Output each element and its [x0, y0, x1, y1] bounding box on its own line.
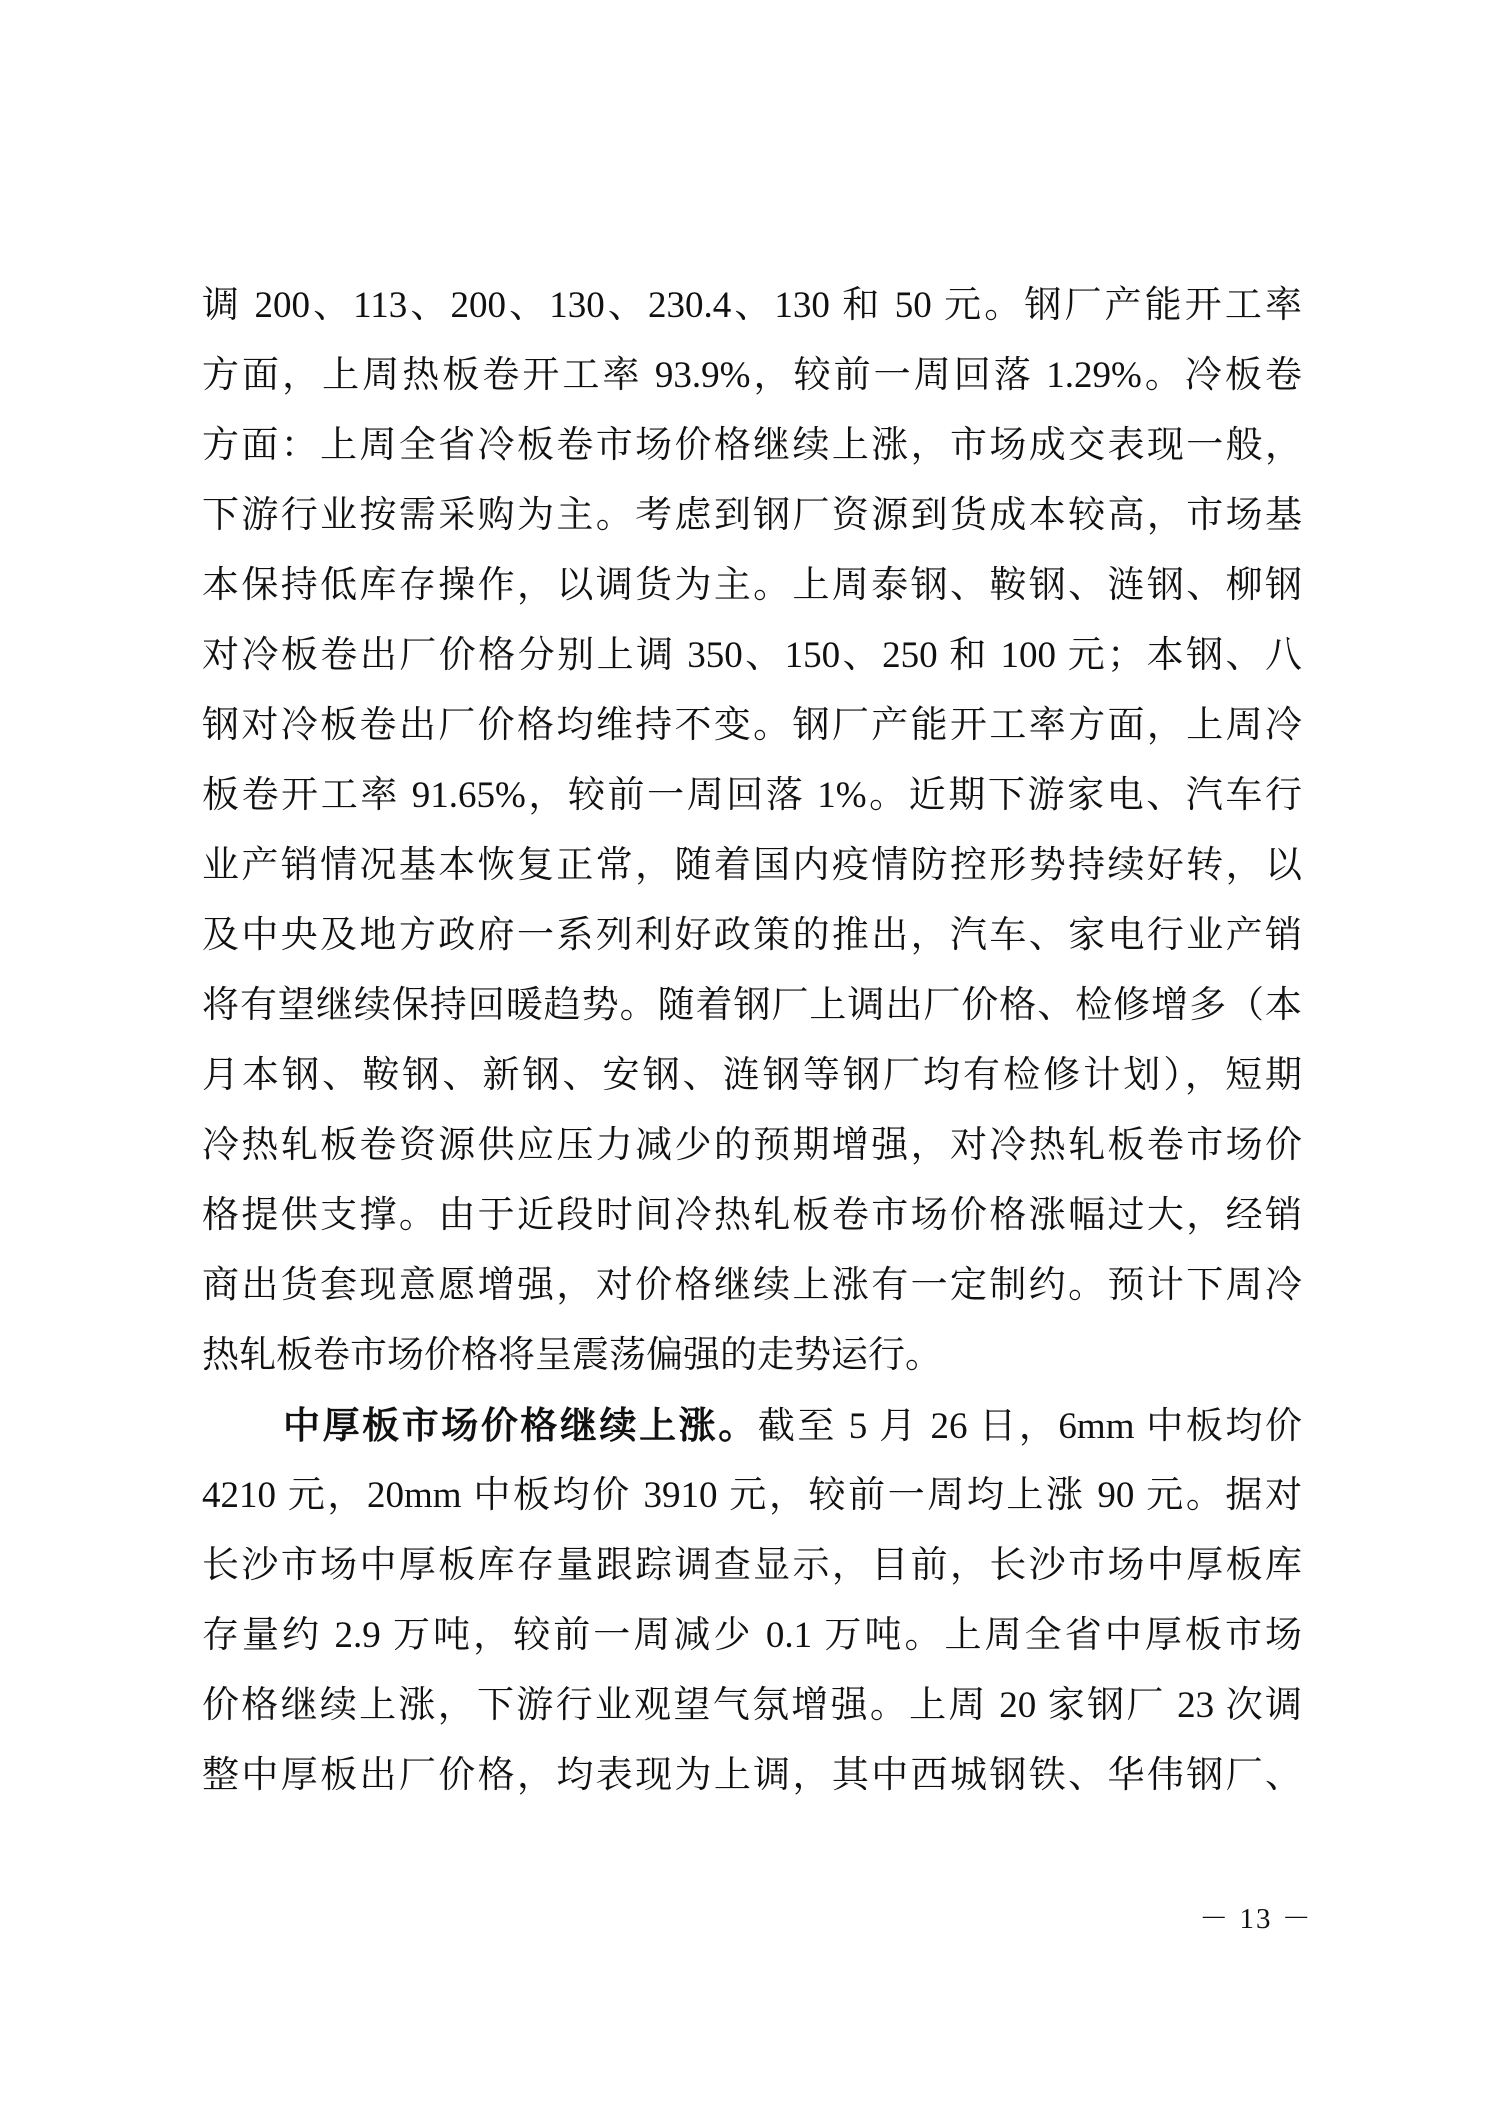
text-line: 下游行业按需采购为主。考虑到钢厂资源到货成本较高，市场基: [202, 488, 1302, 558]
text-line: 热轧板卷市场价格将呈震荡偏强的走势运行。: [202, 1328, 1302, 1398]
text-line: 长沙市场中厚板库存量跟踪调查显示，目前，长沙市场中厚板库: [202, 1538, 1302, 1608]
text-line: 存量约 2.9 万吨，较前一周减少 0.1 万吨。上周全省中厚板市场: [202, 1608, 1302, 1678]
paragraph-cold-hot-rolled-coil: 调 200、113、200、130、230.4、130 和 50 元。钢厂产能开…: [202, 278, 1302, 1398]
text-line: 及中央及地方政府一系列利好政策的推出，汽车、家电行业产销: [202, 908, 1302, 978]
text-line: 4210 元，20mm 中板均价 3910 元，较前一周均上涨 90 元。据对: [202, 1468, 1302, 1538]
text-line: 方面：上周全省冷板卷市场价格继续上涨，市场成交表现一般，: [202, 418, 1302, 488]
text-line: 本保持低库存操作，以调货为主。上周泰钢、鞍钢、涟钢、柳钢: [202, 558, 1302, 628]
text-line: 业产销情况基本恢复正常，随着国内疫情防控形势持续好转，以: [202, 838, 1302, 908]
text-line: 冷热轧板卷资源供应压力减少的预期增强，对冷热轧板卷市场价: [202, 1118, 1302, 1188]
text-line: 格提供支撑。由于近段时间冷热轧板卷市场价格涨幅过大，经销: [202, 1188, 1302, 1258]
text-line: 钢对冷板卷出厂价格均维持不变。钢厂产能开工率方面，上周冷: [202, 698, 1302, 768]
text-line: 将有望继续保持回暖趋势。随着钢厂上调出厂价格、检修增多（本: [202, 978, 1302, 1048]
text-line: 板卷开工率 91.65%，较前一周回落 1%。近期下游家电、汽车行: [202, 768, 1302, 838]
paragraph-medium-heavy-plate: 中厚板市场价格继续上涨。截至 5 月 26 日，6mm 中板均价 4210 元，…: [202, 1398, 1302, 1818]
text-line: 整中厚板出厂价格，均表现为上调，其中西城钢铁、华伟钢厂、: [202, 1748, 1302, 1818]
text-line: 方面，上周热板卷开工率 93.9%，较前一周回落 1.29%。冷板卷: [202, 348, 1302, 418]
text-line: 商出货套现意愿增强，对价格继续上涨有一定制约。预计下周冷: [202, 1258, 1302, 1328]
text-line: 对冷板卷出厂价格分别上调 350、150、250 和 100 元；本钢、八: [202, 628, 1302, 698]
text-line: 调 200、113、200、130、230.4、130 和 50 元。钢厂产能开…: [202, 278, 1302, 348]
document-page: 调 200、113、200、130、230.4、130 和 50 元。钢厂产能开…: [0, 0, 1488, 2105]
paragraph-lead-heading: 中厚板市场价格继续上涨。: [283, 1404, 758, 1447]
page-number: － 13 －: [1196, 1896, 1316, 1937]
paragraph-first-line: 中厚板市场价格继续上涨。截至 5 月 26 日，6mm 中板均价: [202, 1398, 1302, 1468]
body-text: 调 200、113、200、130、230.4、130 和 50 元。钢厂产能开…: [202, 278, 1302, 1818]
text-line: 月本钢、鞍钢、新钢、安钢、涟钢等钢厂均有检修计划），短期: [202, 1048, 1302, 1118]
text-line: 价格继续上涨，下游行业观望气氛增强。上周 20 家钢厂 23 次调: [202, 1678, 1302, 1748]
paragraph-first-line-text: 截至 5 月 26 日，6mm 中板均价: [758, 1406, 1302, 1447]
